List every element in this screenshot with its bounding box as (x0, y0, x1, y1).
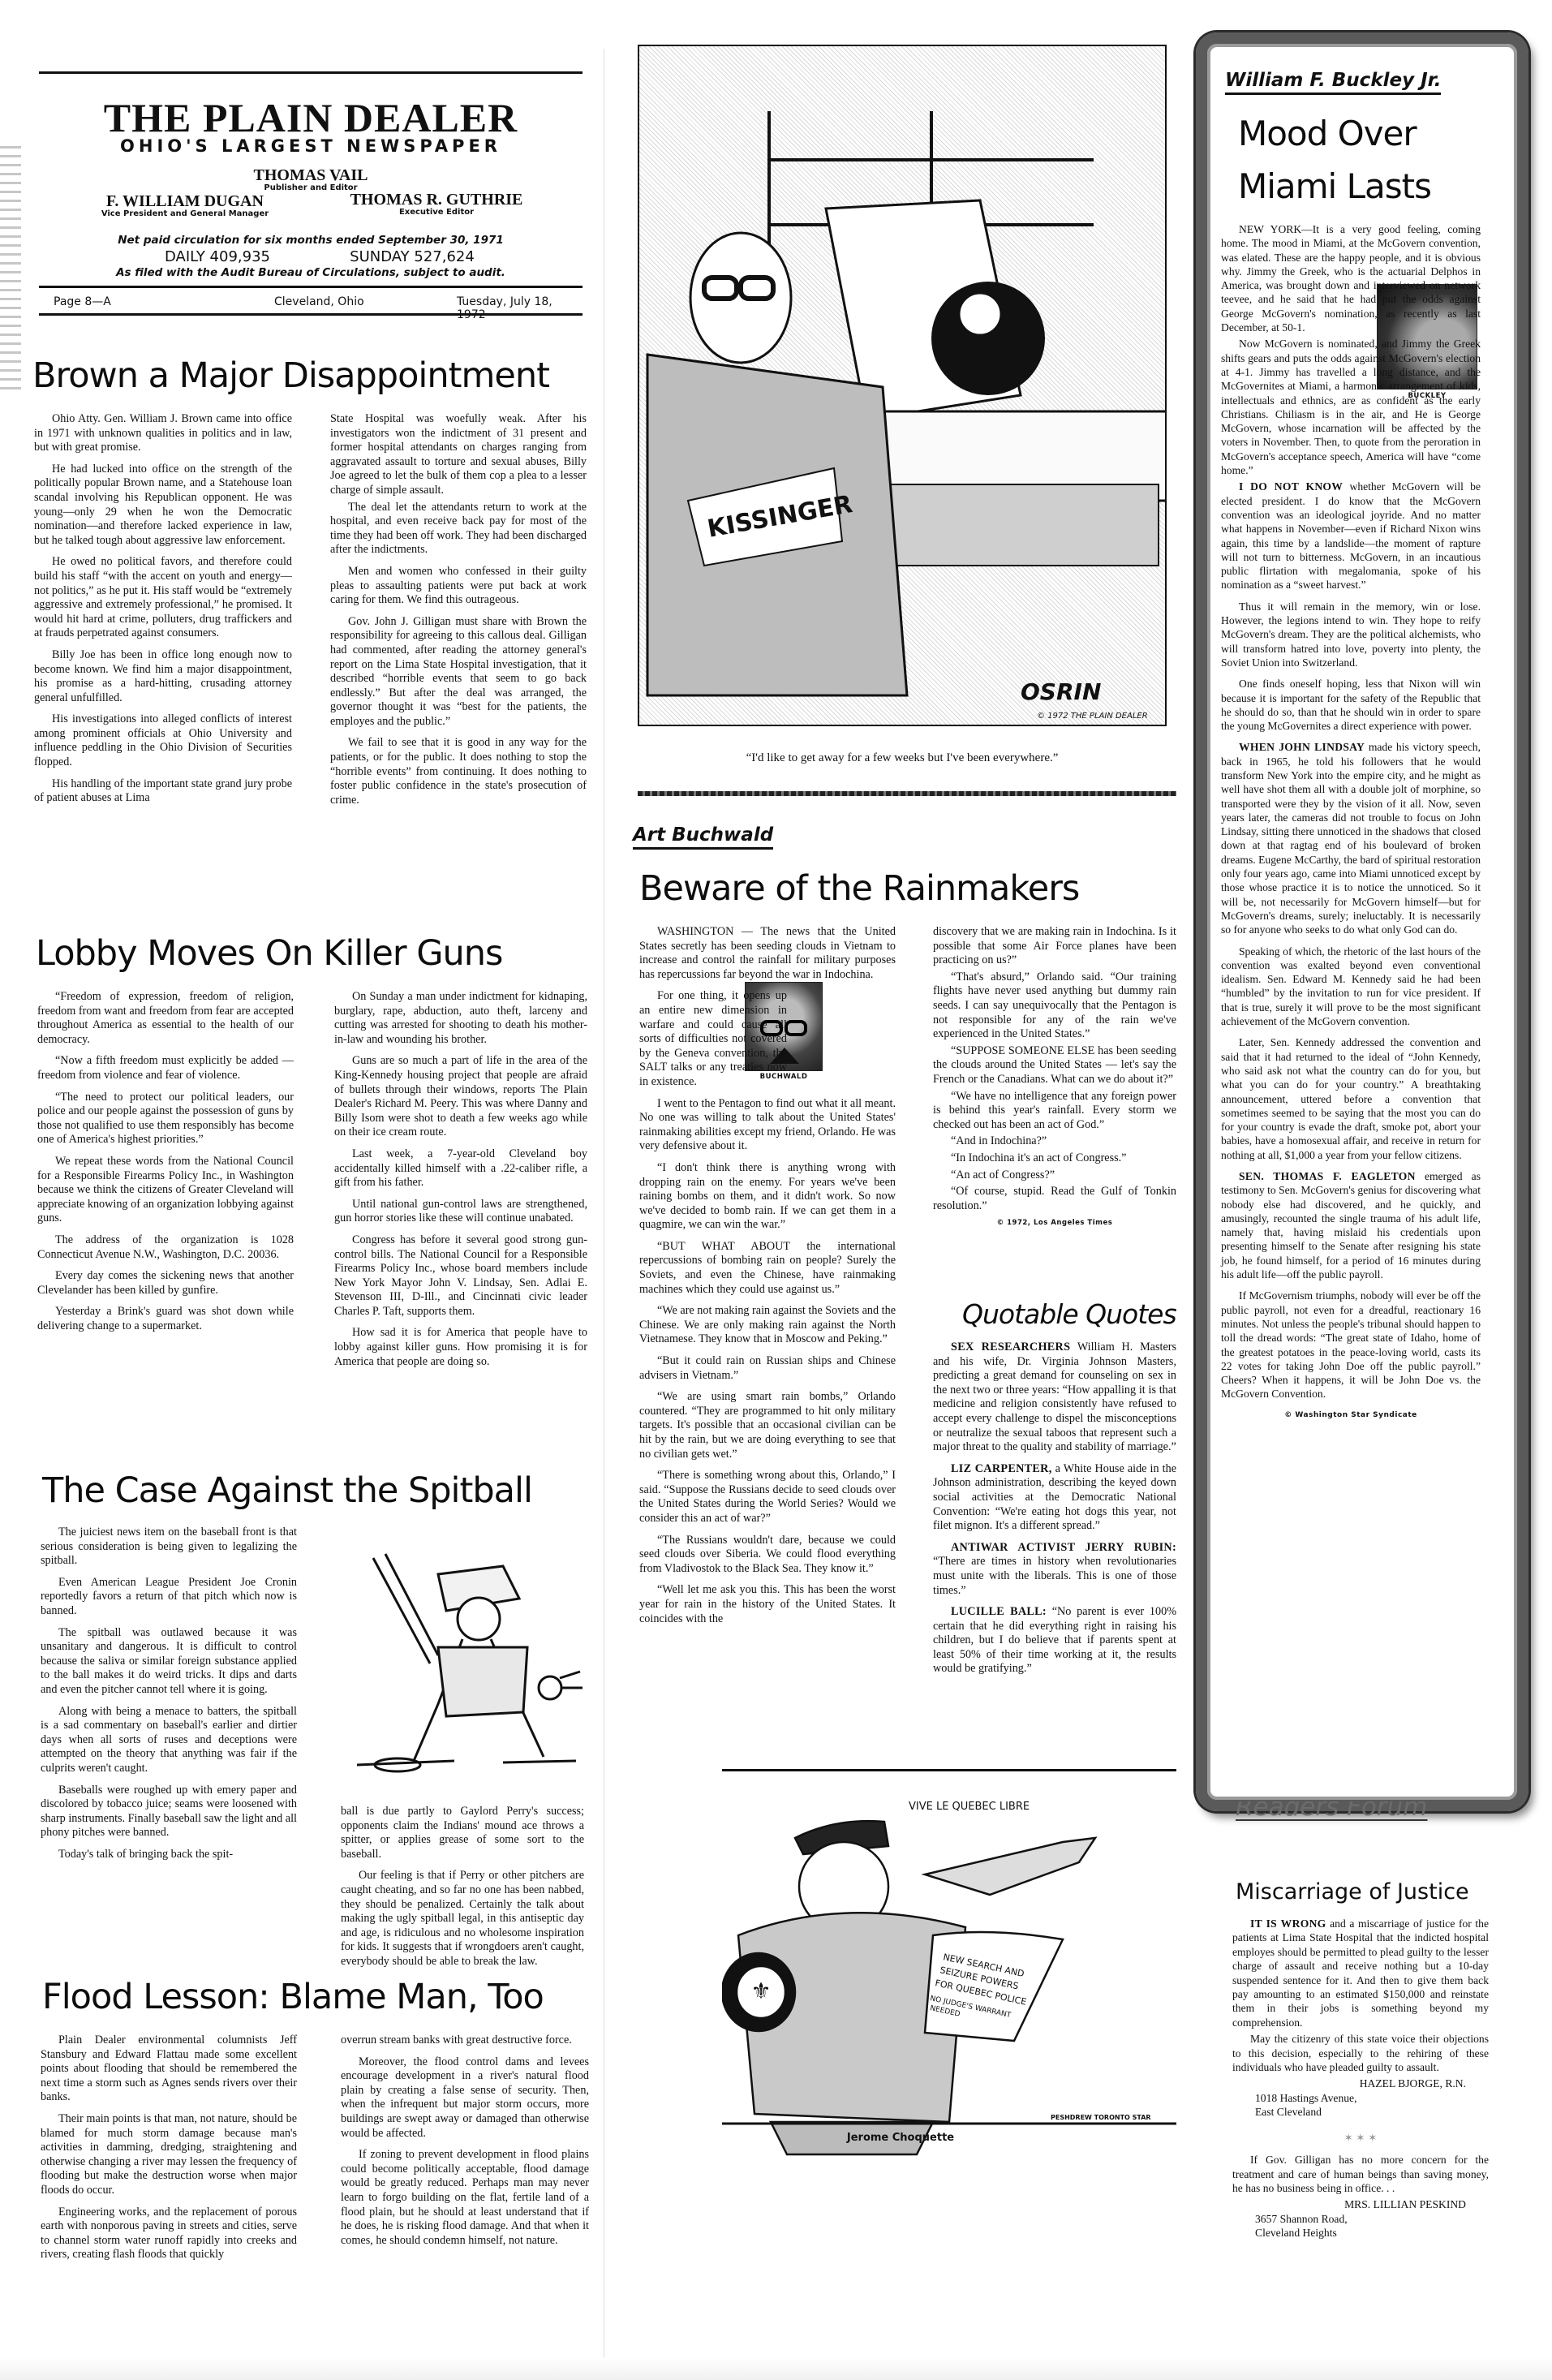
editorial-cartoon-quebec: VIVE LE QUEBEC LIBRE ⚜ NEW SEARCH AND SE… (722, 1773, 1176, 2270)
headline-buckley-2: Miami Lasts (1238, 166, 1431, 206)
brown-p11: We fail to see that it is good in any wa… (330, 736, 587, 807)
guns-p13: How sad it is for America that people ha… (334, 1326, 587, 1369)
daily-circulation: DAILY 409,935 (136, 248, 299, 265)
dateline-date: Tuesday, July 18, 1972 (457, 295, 583, 321)
cartoon-top-rule (722, 1769, 1176, 1771)
gm-title: Vice President and General Manager (71, 209, 299, 218)
guns-p5: The address of the organization is 1028 … (37, 1233, 294, 1262)
page-number: Page 8—A (54, 295, 111, 308)
buchwald-p8: “We are using smart rain bombs,” Orlando… (639, 1390, 896, 1461)
brown-p2: He had lucked into office on the strengt… (34, 463, 292, 549)
buckley-p7: Speaking of which, the rhetoric of the l… (1221, 945, 1481, 1029)
guns-p4: We repeat these words from the National … (37, 1155, 294, 1226)
exec-editor-block: THOMAS R. GUTHRIE Executive Editor (323, 192, 550, 217)
buchwald-p13: “That's absurd,” Orlando said. “Our trai… (933, 971, 1176, 1042)
guns-p9: Guns are so much a part of life in the a… (334, 1054, 587, 1140)
buchwald-p15: “We have no intelligence that any foreig… (933, 1090, 1176, 1133)
quote-item: SEX RESEARCHERS William H. Masters and h… (933, 1341, 1176, 1455)
spitball-p3: The spitball was outlawed because it was… (41, 1626, 297, 1698)
brown-col-1: Ohio Atty. Gen. William J. Brown came in… (34, 412, 292, 813)
headline-guns: Lobby Moves On Killer Guns (36, 933, 502, 974)
quote-item: LUCILLE BALL: “No parent is ever 100% ce… (933, 1605, 1176, 1676)
buckley-p6: WHEN JOHN LINDSAY made his victory speec… (1221, 740, 1481, 936)
letter1-address2: East Cleveland (1232, 2105, 1489, 2119)
editorial-cartoon-kissinger: KISSINGER OSRIN © 1972 THE PLAIN DEALER (638, 45, 1167, 726)
buchwald-col-1: WASHINGTON — The news that the United St… (639, 925, 896, 1633)
dateline-city: Cleveland, Ohio (274, 295, 364, 308)
flood-p2: Their main points is that man, not natur… (41, 2112, 297, 2198)
buchwald-p17: “In Indochina it's an act of Congress.” (933, 1151, 1176, 1166)
brown-p8: The deal let the attendants return to wo… (330, 501, 587, 557)
guns-p1: “Freedom of expression, freedom of relig… (37, 990, 294, 1047)
letter2-p1: If Gov. Gilligan has no more concern for… (1232, 2153, 1489, 2195)
spitball-p8: Our feeling is that if Perry or other pi… (341, 1869, 584, 1969)
buchwald-p6: “We are not making rain against the Sovi… (639, 1304, 896, 1347)
spitball-p7: ball is due partly to Gaylord Perry's su… (341, 1805, 584, 1861)
quote-item: LIZ CARPENTER, a White House aide in the… (933, 1462, 1176, 1534)
headline-flood: Flood Lesson: Blame Man, Too (42, 1977, 544, 2017)
letter2-signature: MRS. LILLIAN PESKIND (1232, 2197, 1489, 2211)
svg-text:OSRIN: OSRIN (1021, 678, 1101, 705)
buchwald-p2: For one thing, it opens up an entire new… (639, 989, 787, 1089)
guns-p3: “The need to protect our political leade… (37, 1091, 294, 1147)
buckley-body: NEW YORK—It is a very good feeling, comi… (1221, 222, 1481, 1422)
headline-spitball: The Case Against the Spitball (42, 1470, 532, 1511)
brown-p10: Gov. John J. Gilligan must share with Br… (330, 615, 587, 729)
buckley-p3: I DO NOT KNOW whether McGovern will be e… (1221, 480, 1481, 592)
svg-text:VIVE LE QUEBEC LIBRE: VIVE LE QUEBEC LIBRE (909, 1801, 1030, 1813)
paper-name: THE PLAIN DEALER (39, 97, 583, 138)
buchwald-col-2: discovery that we are making rain in Ind… (933, 925, 1176, 1231)
headline-miscarriage: Miscarriage of Justice (1236, 1879, 1469, 1904)
buckley-copyright: © Washington Star Syndicate (1221, 1409, 1481, 1422)
brown-col-2: State Hospital was woefully weak. After … (330, 412, 587, 815)
buckley-p1: NEW YORK—It is a very good feeling, comi… (1221, 222, 1481, 334)
cartoon-caption-bottom: Jerome Choquette (673, 2132, 1128, 2144)
flood-p1: Plain Dealer environmental columnists Je… (41, 2034, 297, 2105)
flood-p6: If zoning to prevent development in floo… (341, 2148, 589, 2248)
letter1-address1: 1018 Hastings Avenue, (1232, 2091, 1489, 2105)
buchwald-copyright: © 1972, Los Angeles Times (933, 1216, 1176, 1231)
masthead-mid-rule (39, 286, 583, 288)
brown-p7: State Hospital was woefully weak. After … (330, 412, 587, 498)
svg-text:PESHDREW TORONTO STAR: PESHDREW TORONTO STAR (1051, 2114, 1151, 2121)
scan-bottom-edge (0, 2357, 1552, 2380)
quotable-quotes-list: SEX RESEARCHERS William H. Masters and h… (933, 1341, 1176, 1684)
spitball-col-1: The juiciest news item on the baseball f… (41, 1526, 297, 1869)
spitball-p1: The juiciest news item on the baseball f… (41, 1526, 297, 1569)
guns-p8: On Sunday a man under indictment for kid… (334, 990, 587, 1047)
letter1-p2: May the citizenry of this state voice th… (1232, 2032, 1489, 2074)
letter-separator: ✶ ✶ ✶ (1232, 2131, 1489, 2145)
quebec-police-cartoon-icon: VIVE LE QUEBEC LIBRE ⚜ NEW SEARCH AND SE… (722, 1773, 1176, 2270)
masthead-top-rule (39, 71, 583, 74)
guns-p6: Every day comes the sickening news that … (37, 1269, 294, 1298)
buchwald-p9: “There is something wrong about this, Or… (639, 1469, 896, 1526)
masthead-bottom-rule (39, 313, 583, 316)
brown-p6: His handling of the important state gran… (34, 777, 292, 806)
buchwald-p18: “An act of Congress?” (933, 1168, 1176, 1183)
buckley-p9: SEN. THOMAS F. EAGLETON emerged as testi… (1221, 1169, 1481, 1281)
buchwald-p11: “Well let me ask you this. This has been… (639, 1583, 896, 1626)
buckley-p8: Later, Sen. Kennedy addressed the conven… (1221, 1035, 1481, 1162)
guns-p10: Last week, a 7-year-old Cleveland boy ac… (334, 1147, 587, 1190)
readers-forum-letters: IT IS WRONG and a miscarriage of justice… (1232, 1917, 1489, 2240)
letter1-p1: IT IS WRONG and a miscarriage of justice… (1232, 1917, 1489, 2029)
brown-p9: Men and women who confessed in their gui… (330, 565, 587, 608)
buchwald-p1: WASHINGTON — The news that the United St… (639, 925, 896, 982)
headline-quotable-quotes: Quotable Quotes (962, 1298, 1176, 1330)
brown-p4: Billy Joe has been in office long enough… (34, 648, 292, 705)
letter2-address2: Cleveland Heights (1232, 2226, 1489, 2240)
letter1-signature: HAZEL BJORGE, R.N. (1232, 2077, 1489, 2090)
guns-p2: “Now a fifth freedom must explicitly be … (37, 1054, 294, 1082)
flood-p3: Engineering works, and the replacement o… (41, 2206, 297, 2262)
flood-p5: Moreover, the flood control dams and lev… (341, 2055, 589, 2141)
spitball-p4: Along with being a menace to batters, th… (41, 1705, 297, 1776)
headline-buckley-1: Mood Over (1238, 114, 1417, 153)
exec-editor-title: Executive Editor (323, 208, 550, 217)
spitball-col-2: ball is due partly to Gaylord Perry's su… (341, 1805, 584, 1977)
buchwald-p5: “BUT WHAT ABOUT the international reperc… (639, 1240, 896, 1297)
margin-scan-noise (0, 146, 21, 389)
sunday-circulation: SUNDAY 527,624 (323, 248, 501, 265)
buckley-p10: If McGovernism triumphs, nobody will eve… (1221, 1289, 1481, 1401)
circulation-note: Net paid circulation for six months ende… (39, 234, 583, 247)
spitball-p5: Baseballs were roughed up with emery pap… (41, 1784, 297, 1840)
audit-note: As filed with the Audit Bureau of Circul… (39, 266, 583, 279)
buchwald-p10: “The Russians wouldn't dare, because we … (639, 1534, 896, 1577)
buckley-p2: Now McGovern is nominated, and Jimmy the… (1221, 337, 1481, 477)
flood-col-2: overrun stream banks with great destruct… (341, 2034, 589, 2255)
readers-forum-kicker: Readers Forum (1236, 1795, 1428, 1821)
buchwald-p3: I went to the Pentagon to find out what … (639, 1097, 896, 1154)
spitball-p6: Today's talk of bringing back the spit- (41, 1848, 297, 1862)
brown-p1: Ohio Atty. Gen. William J. Brown came in… (34, 412, 292, 455)
guns-col-1: “Freedom of expression, freedom of relig… (37, 990, 294, 1341)
gm-block: F. WILLIAM DUGAN Vice President and Gene… (71, 193, 299, 218)
buchwald-p16: “And in Indochina?” (933, 1134, 1176, 1149)
gm-name: F. WILLIAM DUGAN (71, 193, 299, 209)
headline-brown: Brown a Major Disappointment (32, 355, 549, 396)
brown-p3: He owed no political favors, and therefo… (34, 555, 292, 641)
brown-p5: His investigations into alleged conflict… (34, 712, 292, 769)
headline-buchwald: Beware of the Rainmakers (639, 868, 1079, 909)
quote-item: ANTIWAR ACTIVIST JERRY RUBIN: “There are… (933, 1541, 1176, 1598)
publisher-block: THOMAS VAIL Publisher and Editor (39, 167, 583, 192)
flood-p4: overrun stream banks with great destruct… (341, 2034, 589, 2048)
buchwald-p14: “SUPPOSE SOMEONE ELSE has been seeding t… (933, 1044, 1176, 1087)
masthead: THE PLAIN DEALER OHIO'S LARGEST NEWSPAPE… (39, 71, 583, 331)
spitball-p2: Even American League President Joe Croni… (41, 1576, 297, 1619)
guns-p12: Congress has before it several good stro… (334, 1233, 587, 1319)
buchwald-byline: Art Buchwald (633, 824, 773, 850)
kissinger-nixon-cartoon-icon: KISSINGER OSRIN © 1972 THE PLAIN DEALER (639, 46, 1167, 726)
buckley-byline: William F. Buckley Jr. (1225, 70, 1441, 95)
pitcher-illustration (341, 1542, 584, 1785)
buchwald-p7: “But it could rain on Russian ships and … (639, 1354, 896, 1383)
paper-tagline: OHIO'S LARGEST NEWSPAPER (39, 136, 583, 156)
publisher-name: THOMAS VAIL (39, 167, 583, 183)
guns-p11: Until national gun-control laws are stre… (334, 1198, 587, 1226)
buckley-p4: Thus it will remain in the memory, win o… (1221, 600, 1481, 669)
column-divider (604, 49, 604, 2369)
baseball-pitcher-icon (341, 1542, 584, 1785)
buchwald-p12: discovery that we are making rain in Ind… (933, 925, 1176, 968)
buchwald-p19: “Of course, stupid. Read the Gulf of Ton… (933, 1185, 1176, 1213)
svg-text:© 1972 THE PLAIN DEALER: © 1972 THE PLAIN DEALER (1037, 712, 1148, 721)
cartoon-caption-top: “I'd like to get away for a few weeks bu… (638, 751, 1167, 765)
guns-p7: Yesterday a Brink's guard was shot down … (37, 1305, 294, 1333)
flood-col-1: Plain Dealer environmental columnists Je… (41, 2034, 297, 2270)
exec-editor-name: THOMAS R. GUTHRIE (323, 192, 550, 208)
section-rule-buchwald (638, 791, 1176, 796)
buchwald-p4: “I don't think there is anything wrong w… (639, 1161, 896, 1233)
letter2-address1: 3657 Shannon Road, (1232, 2212, 1489, 2226)
guns-col-2: On Sunday a man under indictment for kid… (334, 990, 587, 1376)
svg-text:⚜: ⚜ (750, 1979, 771, 2004)
buckley-p5: One finds oneself hoping, less that Nixo… (1221, 677, 1481, 733)
